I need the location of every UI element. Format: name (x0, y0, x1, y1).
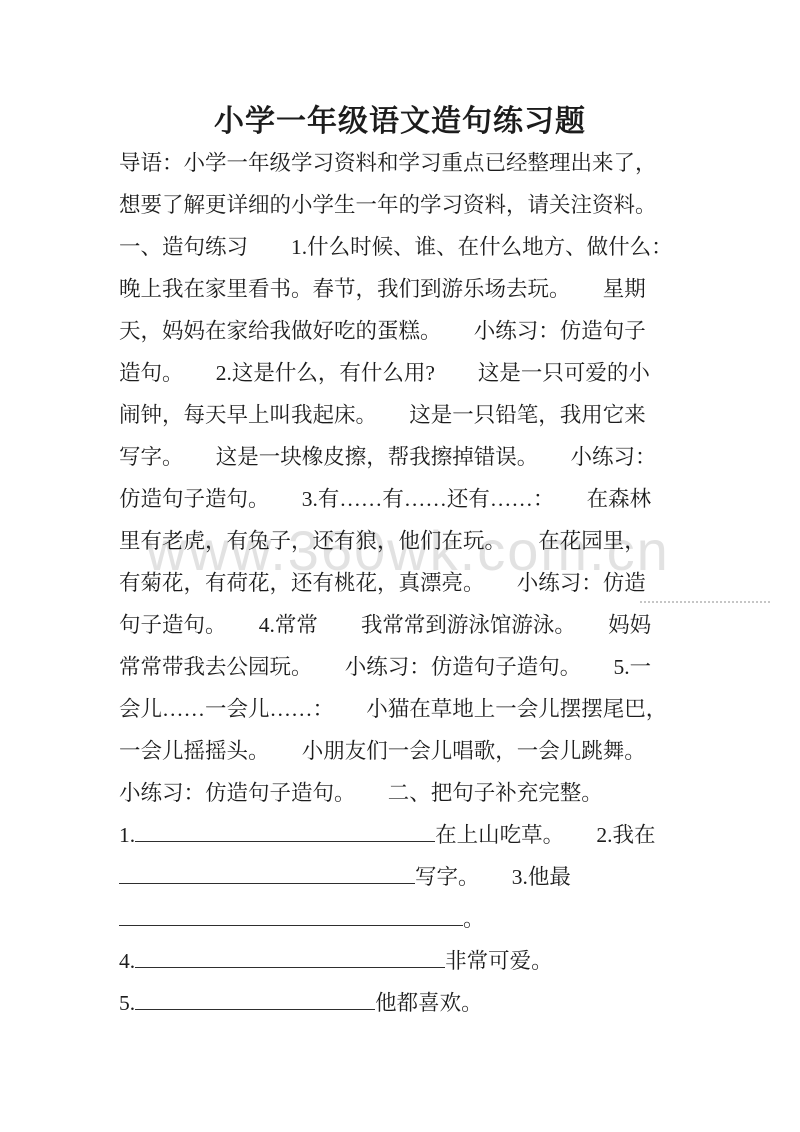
text-line: 写字。 这是一块橡皮擦，帮我擦掉错误。 小练习： (119, 436, 685, 478)
text-segment: 导语：小学一年级学习资料和学习重点已经整理出来了， (119, 151, 657, 175)
text-line: 仿造句子造句。 3.有……有……还有……： 在森林 (119, 478, 685, 520)
text-line: 天，妈妈在家给我做好吃的蛋糕。 小练习：仿造句子 (119, 310, 685, 352)
text-segment: 一、造句练习 1.什么时候、谁、在什么地方、做什么： (119, 235, 673, 259)
text-segment: 他都喜欢。 (375, 991, 483, 1015)
page-title: 小学一年级语文造句练习题 (0, 96, 800, 140)
text-line: 一会儿摇摇头。 小朋友们一会儿唱歌，一会儿跳舞。 (119, 730, 685, 772)
text-segment: 。 (463, 907, 485, 931)
text-segment: 会儿……一会儿……： 小猫在草地上一会儿摆摆尾巴， (119, 697, 667, 721)
text-segment: 1. (119, 823, 135, 847)
text-line: 一、造句练习 1.什么时候、谁、在什么地方、做什么： (119, 226, 685, 268)
text-line: 。 (119, 898, 685, 940)
text-segment: 常常带我去公园玩。 小练习：仿造句子造句。 5.一 (119, 655, 651, 679)
fill-in-blank (119, 879, 415, 884)
text-line: 1.在上山吃草。 2.我在 (119, 814, 685, 856)
text-segment: 在上山吃草。 2.我在 (435, 823, 655, 847)
text-line: 5.他都喜欢。 (119, 982, 685, 1024)
text-line: 句子造句。 4.常常 我常常到游泳馆游泳。 妈妈 (119, 604, 685, 646)
text-segment: 一会儿摇摇头。 小朋友们一会儿唱歌，一会儿跳舞。 (119, 739, 646, 763)
fill-in-blank (135, 1005, 375, 1010)
text-line: 想要了解更详细的小学生一年的学习资料，请关注资料。 (119, 184, 685, 226)
text-line: 会儿……一会儿……： 小猫在草地上一会儿摆摆尾巴， (119, 688, 685, 730)
fill-in-blank (135, 963, 445, 968)
text-segment: 非常可爱。 (445, 949, 553, 973)
text-segment: 造句。 2.这是什么，有什么用? 这是一只可爱的小 (119, 361, 650, 385)
text-segment: 闹钟，每天早上叫我起床。 这是一只铅笔，我用它来 (119, 403, 646, 427)
text-segment: 里有老虎，有兔子，还有狼，他们在玩。 在花园里， (119, 529, 646, 553)
text-segment: 写字。 这是一块橡皮擦，帮我擦掉错误。 小练习： (119, 445, 657, 469)
text-segment: 有菊花，有荷花，还有桃花，真漂亮。 小练习：仿造 (119, 571, 646, 595)
text-line: 有菊花，有荷花，还有桃花，真漂亮。 小练习：仿造 (119, 562, 685, 604)
text-segment: 4. (119, 949, 135, 973)
worksheet-page: 小学一年级语文造句练习题 www.360wk.com.cn 导语：小学一年级学习… (0, 0, 800, 1132)
text-line: 小练习：仿造句子造句。 二、把句子补充完整。 (119, 772, 685, 814)
document-body: 导语：小学一年级学习资料和学习重点已经整理出来了，想要了解更详细的小学生一年的学… (119, 142, 685, 1024)
text-segment: 天，妈妈在家给我做好吃的蛋糕。 小练习：仿造句子 (119, 319, 646, 343)
text-line: 造句。 2.这是什么，有什么用? 这是一只可爱的小 (119, 352, 685, 394)
fill-in-blank (135, 837, 435, 842)
text-segment: 仿造句子造句。 3.有……有……还有……： 在森林 (119, 487, 651, 511)
text-line: 晚上我在家里看书。春节，我们到游乐场去玩。 星期 (119, 268, 685, 310)
text-segment: 句子造句。 4.常常 我常常到游泳馆游泳。 妈妈 (119, 613, 651, 637)
text-line: 闹钟，每天早上叫我起床。 这是一只铅笔，我用它来 (119, 394, 685, 436)
text-line: 写字。 3.他最 (119, 856, 685, 898)
fill-in-blank (119, 921, 463, 926)
text-segment: 想要了解更详细的小学生一年的学习资料，请关注资料。 (119, 193, 657, 217)
text-segment: 小练习：仿造句子造句。 二、把句子补充完整。 (119, 781, 603, 805)
text-line: 里有老虎，有兔子，还有狼，他们在玩。 在花园里， (119, 520, 685, 562)
text-line: 4.非常可爱。 (119, 940, 685, 982)
text-segment: 晚上我在家里看书。春节，我们到游乐场去玩。 星期 (119, 277, 646, 301)
text-segment: 5. (119, 991, 135, 1015)
text-line: 导语：小学一年级学习资料和学习重点已经整理出来了， (119, 142, 685, 184)
text-segment: 写字。 3.他最 (415, 865, 571, 889)
dotted-line-artifact (640, 601, 770, 603)
text-line: 常常带我去公园玩。 小练习：仿造句子造句。 5.一 (119, 646, 685, 688)
